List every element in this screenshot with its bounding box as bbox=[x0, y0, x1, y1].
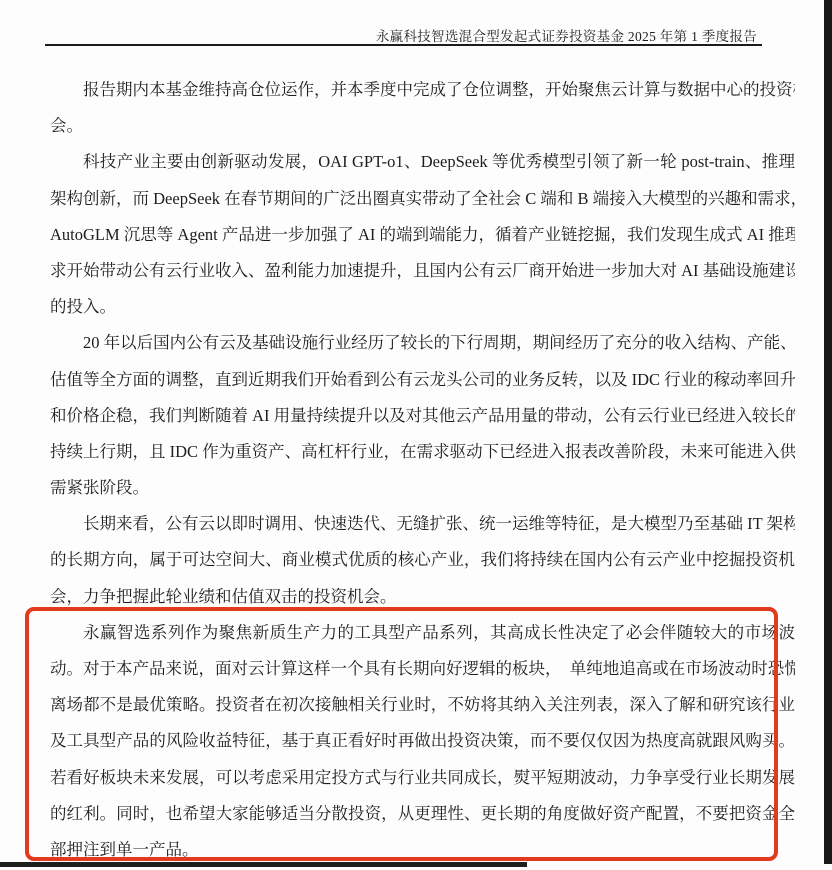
screenshot-bottom-edge bbox=[0, 862, 527, 867]
report-body: 报告期内本基金维持高仓位运作，并本季度中完成了仓位调整，开始聚焦云计算与数据中心… bbox=[50, 72, 795, 868]
paragraph-1-line: 会。 bbox=[50, 108, 795, 144]
highlighted-paragraph-line: 动。对于本产品来说，面对云计算这样一个具有长期向好逻辑的板块， 单纯地追高或在市… bbox=[50, 651, 795, 687]
paragraph-2-line: 求开始带动公有云行业收入、盈利能力加速提升，且国内公有云厂商开始进一步加大对 A… bbox=[50, 253, 795, 289]
paragraph-3-line: 和价格企稳，我们判断随着 AI 用量持续提升以及对其他云产品用量的带动，公有云行… bbox=[50, 398, 795, 434]
paragraph-3-line: 估值等全方面的调整，直到近期我们开始看到公有云龙头公司的业务反转，以及 IDC … bbox=[50, 362, 795, 398]
highlighted-paragraph-line: 离场都不是最优策略。投资者在初次接触相关行业时，不妨将其纳入关注列表，深入了解和… bbox=[50, 687, 795, 723]
paragraph-2-line: AutoGLM 沉思等 Agent 产品进一步加强了 AI 的端到端能力，循着产… bbox=[50, 217, 795, 253]
highlighted-paragraph-line: 及工具型产品的风险收益特征，基于真正看好时再做出投资决策，而不要仅仅因为热度高就… bbox=[50, 723, 795, 759]
paragraph-2-line: 的投入。 bbox=[50, 289, 795, 325]
report-page: 永赢科技智选混合型发起式证券投资基金 2025 年第 1 季度报告 报告期内本基… bbox=[0, 0, 832, 870]
paragraph-4-line: 长期来看，公有云以即时调用、快速迭代、无缝扩张、统一运维等特征，是大模型乃至基础… bbox=[50, 506, 795, 542]
header-rule bbox=[45, 44, 762, 46]
highlighted-paragraph-line: 永赢智选系列作为聚焦新质生产力的工具型产品系列，其高成长性决定了必会伴随较大的市… bbox=[50, 615, 795, 651]
screenshot-right-edge bbox=[824, 0, 832, 864]
paragraph-3-line: 持续上行期，且 IDC 作为重资产、高杠杆行业，在需求驱动下已经进入报表改善阶段… bbox=[50, 434, 795, 470]
highlighted-paragraph-line: 的红利。同时，也希望大家能够适当分散投资，从更理性、更长期的角度做好资产配置，不… bbox=[50, 796, 795, 832]
paragraph-4-line: 的长期方向，属于可达空间大、商业模式优质的核心产业，我们将持续在国内公有云产业中… bbox=[50, 542, 795, 578]
paragraph-4-line: 会，力争把握此轮业绩和估值双击的投资机会。 bbox=[50, 579, 795, 615]
report-header-title: 永赢科技智选混合型发起式证券投资基金 2025 年第 1 季度报告 bbox=[48, 25, 757, 45]
paragraph-1-line: 报告期内本基金维持高仓位运作，并本季度中完成了仓位调整，开始聚焦云计算与数据中心… bbox=[50, 72, 795, 108]
highlighted-paragraph-line: 若看好板块未来发展，可以考虑采用定投方式与行业共同成长，熨平短期波动，力争享受行… bbox=[50, 760, 795, 796]
paragraph-3-line: 20 年以后国内公有云及基础设施行业经历了较长的下行周期，期间经历了充分的收入结… bbox=[50, 325, 795, 361]
paragraph-2-line: 架构创新，而 DeepSeek 在春节期间的广泛出圈真实带动了全社会 C 端和 … bbox=[50, 181, 795, 217]
paragraph-3-line: 需紧张阶段。 bbox=[50, 470, 795, 506]
paragraph-2-line: 科技产业主要由创新驱动发展，OAI GPT-o1、DeepSeek 等优秀模型引… bbox=[50, 144, 795, 180]
